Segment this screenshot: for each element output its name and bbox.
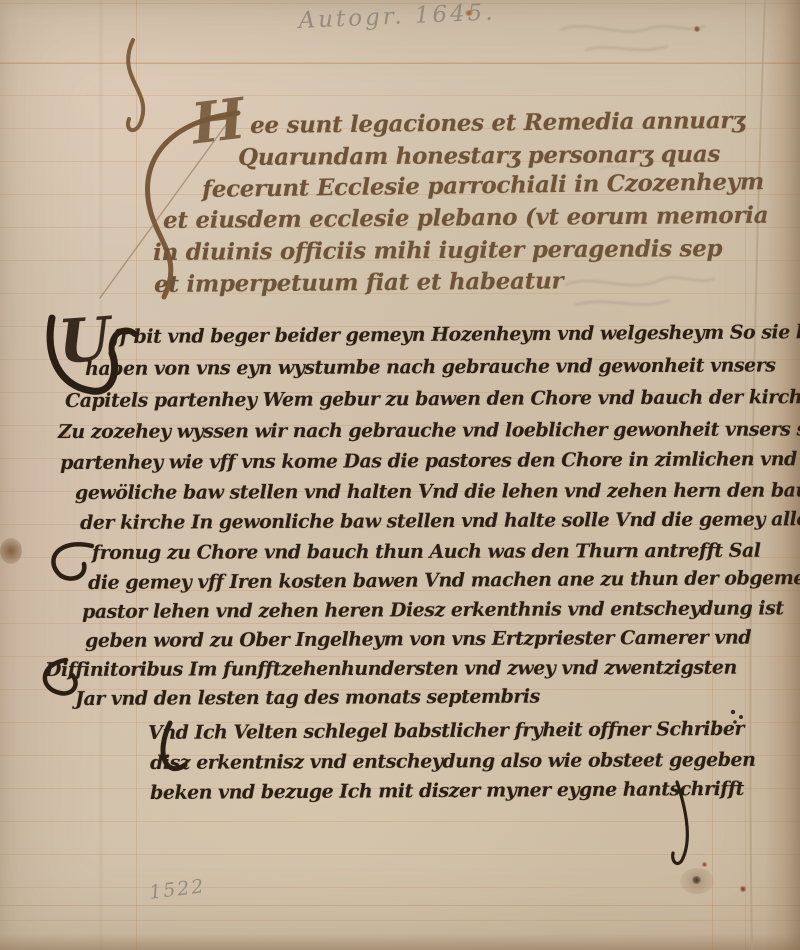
heading-line: ee sunt legaciones et Remedia annuarʒ [250,107,745,139]
body-line: geben word zu Ober Ingelheym von vns Ert… [85,627,751,652]
body-line: ff bit vnd beger beider gemeyn Hozenheym… [112,321,800,348]
heading-line: et imperpetuum fiat et habeatur [154,267,563,298]
body-line: Diffinitoribus Im funfftzehenhundersten … [45,657,737,681]
stain [740,886,746,892]
body-line: fronug zu Chore vnd bauch thun Auch was … [92,540,761,564]
body-line: partenhey wie vff vns kome Das die pasto… [60,448,797,474]
manuscript-page: Autogr. 1645. 1522 H ee sunt legaciones … [0,0,800,950]
stain [0,538,22,564]
heading-line: Quarundam honestarʒ personarʒ quas [238,141,720,171]
page-edge-bottom [0,934,800,950]
body-line: der kirche In gewonliche baw stellen vnd… [80,508,800,534]
ruling-vertical-left [136,0,137,950]
stain [692,876,701,884]
closing-line: disz erkentnisz vnd entscheydung also wi… [150,749,755,774]
ruling-vertical-right-outer [745,0,746,950]
body-line: Zu zozehey wyssen wir nach gebrauche vnd… [58,418,800,443]
heading-line: et eiusdem ecclesie plebano (vt eorum me… [163,202,768,234]
ruling-line-bottom [0,905,800,906]
heading-line: in diuinis officiis mihi iugiter peragen… [153,235,722,266]
page-edge-right [764,0,800,950]
body-line: pastor lehen vnd zehen heren Diesz erken… [82,597,784,623]
stain [694,26,700,32]
closing-line: beken vnd bezuge Ich mit diszer myner ey… [150,778,744,804]
body-line: gewöliche baw stellen vnd halten Vnd die… [75,479,800,504]
body-line: Jar vnd den lesten tag des monats septem… [75,686,540,710]
body-line: haben von vns eyn wystumbe nach gebrauch… [85,354,776,380]
closing-line: Vnd Ich Velten schlegel babstlicher fryh… [148,718,744,744]
body-line: Capitels partenhey Wem gebur zu bawen de… [65,386,800,412]
ruling-line-top [0,63,800,64]
page-crease [100,0,102,950]
stain [702,862,707,867]
